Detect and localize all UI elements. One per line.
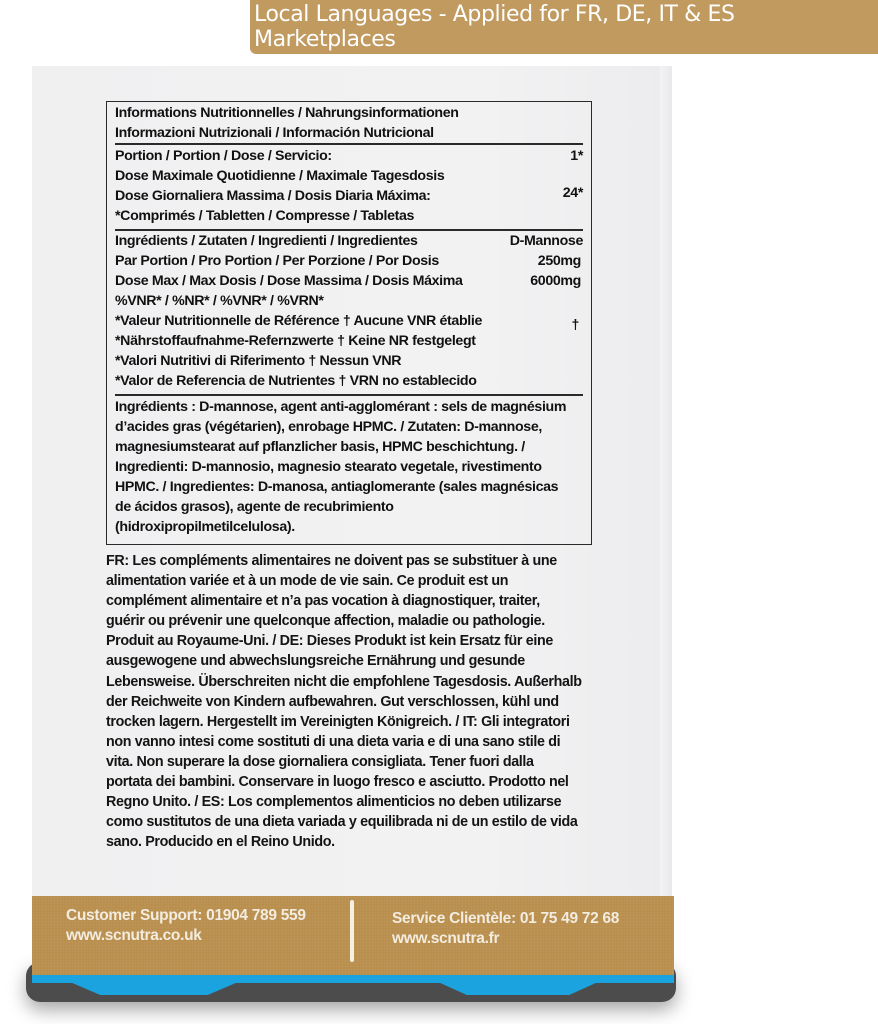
row-label: Par Portion / Pro Portion / Per Porzione… [115,253,439,269]
row-value: 1* [570,146,583,166]
ingredients-line: de ácidos grasos), agente de recubrimien… [115,497,583,517]
table-row: %VNR* / %NR* / %VNR* / %VRN* [115,291,583,311]
uk-website: www.scnutra.co.uk [66,926,306,946]
row-label: *Nährstoffaufnahme-Refernzwerte † Keine … [115,333,476,349]
blue-base-strip [32,975,674,983]
ingredients-text-section: Ingrédients : D-mannose, agent anti-aggl… [115,397,583,537]
row-label: *Comprimés / Tabletten / Compresse / Tab… [115,208,414,224]
serving-section: Portion / Portion / Dose / Servicio: 1* … [115,146,583,226]
disclaimer-line: trocken lagern. Hergestellt im Vereinigt… [106,712,606,732]
row-label: Dose Maximale Quotidienne / Maximale Tag… [115,168,444,184]
row-label: *Valor de Referencia de Nutrientes † VRN… [115,373,477,389]
disclaimer-line: Lebensweise. Überschreiten nicht die emp… [106,672,606,692]
row-label: *Valori Nutritivi di Riferimento † Nessu… [115,353,401,369]
disclaimer-line: portata dei bambini. Conservare in luogo… [106,772,606,792]
table-row: Par Portion / Pro Portion / Per Porzione… [115,251,583,271]
row-label: Portion / Portion / Dose / Servicio: [115,148,332,164]
row-value: 6000mg [530,271,581,291]
table-row: *Valor de Referencia de Nutrientes † VRN… [115,371,583,391]
table-row: Dose Maximale Quotidienne / Maximale Tag… [115,166,583,186]
nutrition-info-table: Informations Nutritionnelles / Nahrungsi… [106,101,592,545]
table-row: Dose Giornaliera Massima / Dosis Diaria … [115,186,583,206]
table-row: Portion / Portion / Dose / Servicio: 1* [115,146,583,166]
ingredients-line: magnesiumstearat auf pflanzlicher basis,… [115,437,583,457]
row-label: Ingrédients / Zutaten / Ingredienti / In… [115,233,418,249]
row-label: *Valeur Nutritionnelle de Référence † Au… [115,313,482,329]
row-value: 24* [563,183,583,203]
table-row: *Valeur Nutritionnelle de Référence † Au… [115,311,583,331]
disclaimer-line: vita. Non superare la dose giornaliera c… [106,752,606,772]
disclaimer-line: Produit au Royaume-Uni. / DE: Dieses Pro… [106,631,606,651]
table-row: Dose Max / Max Dosis / Dose Massima / Do… [115,271,583,291]
disclaimer-line: Regno Unito. / ES: Los complementos alim… [106,792,606,812]
ingredients-values-section: Ingrédients / Zutaten / Ingredienti / In… [115,231,583,391]
row-label: Dose Giornaliera Massima / Dosis Diaria … [115,188,431,204]
ingredients-line: Ingrédients : D-mannose, agent anti-aggl… [115,397,583,417]
ingredients-line: HPMC. / Ingredientes: D-manosa, antiaglo… [115,477,583,497]
row-label: %VNR* / %NR* / %VNR* / %VRN* [115,293,324,309]
header-line: Informations Nutritionnelles / Nahrungsi… [115,103,583,123]
disclaimer-line: guérir ou prévenir une quelconque affect… [106,611,606,631]
uk-contact: Customer Support: 01904 789 559 www.scnu… [66,906,306,946]
row-value: 250mg [538,251,581,271]
disclaimer-line: FR: Les compléments alimentaires ne doiv… [106,551,606,571]
marketplace-banner: Local Languages - Applied for FR, DE, IT… [250,0,878,54]
disclaimer-line: ausgewogene und abwechslungsreiche Ernäh… [106,651,606,671]
disclaimer-line: sano. Producido en el Reino Unido. [106,832,606,852]
banner-text: Local Languages - Applied for FR, DE, IT… [254,2,878,52]
disclaimer-text: FR: Les compléments alimentaires ne doiv… [106,551,606,852]
fr-support-phone: Service Clientèle: 01 75 49 72 68 [392,909,619,929]
fr-contact: Service Clientèle: 01 75 49 72 68 www.sc… [392,909,619,949]
table-header: Informations Nutritionnelles / Nahrungsi… [115,103,583,143]
uk-support-phone: Customer Support: 01904 789 559 [66,906,306,926]
disclaimer-line: alimentation variée et à un mode de vie … [106,571,606,591]
footer-divider [350,900,354,962]
disclaimer-line: complément alimentaire et n’a pas vocati… [106,591,606,611]
table-row: Ingrédients / Zutaten / Ingredienti / In… [115,231,583,251]
ingredients-line: (hidroxipropilmetilcelulosa). [115,517,583,537]
row-label: Dose Max / Max Dosis / Dose Massima / Do… [115,273,463,289]
fr-website: www.scnutra.fr [392,929,619,949]
ingredients-line: Ingredienti: D-mannosio, magnesio steara… [115,457,583,477]
table-row: *Valori Nutritivi di Riferimento † Nessu… [115,351,583,371]
ingredients-line: d’acides gras (végétarien), enrobage HPM… [115,417,583,437]
box-edge [660,66,672,896]
disclaimer-line: non vanno intesi come sostituti di una d… [106,732,606,752]
table-row: *Nährstoffaufnahme-Refernzwerte † Keine … [115,331,583,351]
table-row: *Comprimés / Tabletten / Compresse / Tab… [115,206,583,226]
divider [115,143,583,145]
disclaimer-line: como sustitutos de una dieta variada y e… [106,812,606,832]
disclaimer-line: der Reichweite von Kindern aufbewahren. … [106,692,606,712]
divider [115,394,583,396]
row-value: D-Mannose [510,231,583,251]
header-line: Informazioni Nutrizionali / Información … [115,123,583,143]
